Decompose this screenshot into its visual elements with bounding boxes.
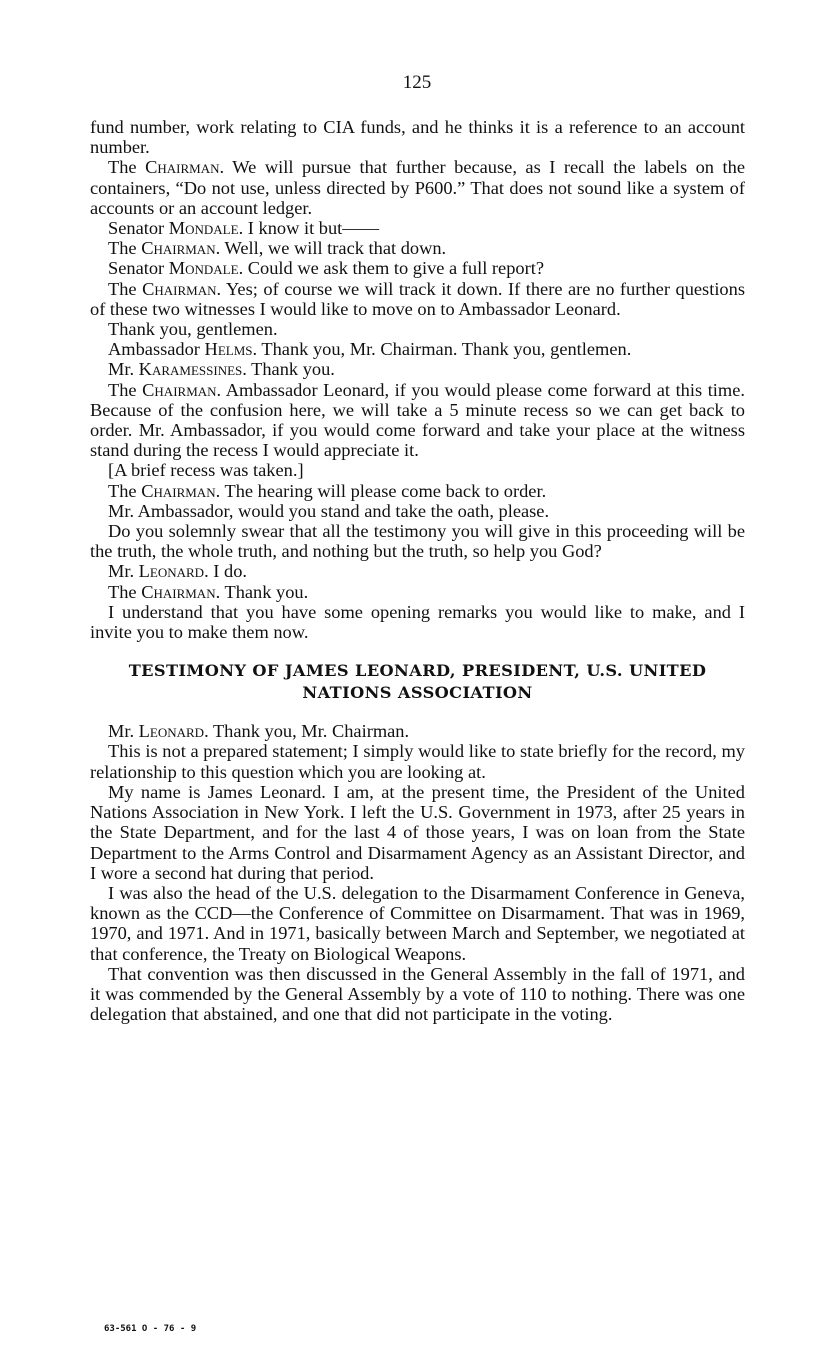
paragraph-text: . I know it but—— (239, 218, 379, 238)
paragraph: The Chairman. Thank you. (90, 582, 745, 602)
paragraphs-after: Mr. Leonard. Thank you, Mr. Chairman.Thi… (90, 721, 745, 1024)
paragraph: Mr. Leonard. I do. (90, 561, 745, 581)
paragraph-text: My name is James Leonard. I am, at the p… (90, 782, 745, 883)
paragraph: Mr. Ambassador, would you stand and take… (90, 501, 745, 521)
page-number: 125 (0, 72, 814, 94)
paragraph: The Chairman. Yes; of course we will tra… (90, 279, 745, 319)
paragraph: Senator Mondale. I know it but—— (90, 218, 745, 238)
paragraph: My name is James Leonard. I am, at the p… (90, 782, 745, 883)
paragraph-text: . Thank you, Mr. Chairman. Thank you, ge… (253, 339, 632, 359)
paragraph: I understand that you have some opening … (90, 602, 745, 642)
speaker-name: Karamessines (139, 359, 243, 379)
speaker-name: Leonard (139, 561, 204, 581)
paragraph-text: I understand that you have some opening … (90, 602, 745, 642)
paragraph: That convention was then discussed in th… (90, 964, 745, 1025)
paragraph: The Chairman. We will pursue that furthe… (90, 157, 745, 218)
paragraph: The Chairman. The hearing will please co… (90, 481, 745, 501)
paragraphs-before: fund number, work relating to CIA funds,… (90, 117, 745, 642)
footer-print-code: 63-561 O - 76 - 9 (104, 1324, 196, 1334)
paragraph-text: . Well, we will track that down. (216, 238, 447, 258)
paragraph-text: . Thank you. (242, 359, 335, 379)
paragraph: The Chairman. Well, we will track that d… (90, 238, 745, 258)
speaker-name: Leonard (139, 721, 204, 741)
speaker-name: Mondale (169, 218, 239, 238)
paragraph-text: Thank you, gentlemen. (108, 319, 278, 339)
paragraph-text: That convention was then discussed in th… (90, 964, 745, 1024)
document-body: fund number, work relating to CIA funds,… (90, 117, 745, 1024)
paragraph-text: Mr. Ambassador, would you stand and take… (108, 501, 549, 521)
paragraph-text: . The hearing will please come back to o… (216, 481, 547, 501)
paragraph: fund number, work relating to CIA funds,… (90, 117, 745, 157)
section-heading: TESTIMONY OF JAMES LEONARD, PRESIDENT, U… (110, 660, 725, 704)
paragraph-text: This is not a prepared statement; I simp… (90, 741, 745, 781)
paragraph-text: . Thank you. (216, 582, 309, 602)
paragraph: The Chairman. Ambassador Leonard, if you… (90, 380, 745, 461)
paragraph: This is not a prepared statement; I simp… (90, 741, 745, 781)
paragraph: Mr. Leonard. Thank you, Mr. Chairman. (90, 721, 745, 741)
paragraph-text: fund number, work relating to CIA funds,… (90, 117, 745, 157)
paragraph: Do you solemnly swear that all the testi… (90, 521, 745, 561)
paragraph: Mr. Karamessines. Thank you. (90, 359, 745, 379)
paragraph-text: . Thank you, Mr. Chairman. (204, 721, 409, 741)
paragraph-text: I was also the head of the U.S. delegati… (90, 883, 745, 964)
speaker-name: Mondale (169, 258, 239, 278)
speaker-name: Chairman (141, 481, 215, 501)
speaker-name: Chairman (142, 279, 216, 299)
paragraph: Thank you, gentlemen. (90, 319, 745, 339)
paragraph-text: . I do. (204, 561, 247, 581)
paragraph-text: Do you solemnly swear that all the testi… (90, 521, 745, 561)
paragraph: I was also the head of the U.S. delegati… (90, 883, 745, 964)
paragraph-text: . Could we ask them to give a full repor… (239, 258, 544, 278)
paragraph: Ambassador Helms. Thank you, Mr. Chairma… (90, 339, 745, 359)
speaker-name: Chairman (142, 380, 216, 400)
speaker-name: Chairman (141, 582, 215, 602)
speaker-name: Chairman (145, 157, 219, 177)
speaker-name: Helms (205, 339, 253, 359)
paragraph-text: [A brief recess was taken.] (108, 460, 304, 480)
paragraph: [A brief recess was taken.] (90, 460, 745, 480)
speaker-name: Chairman (141, 238, 215, 258)
paragraph: Senator Mondale. Could we ask them to gi… (90, 258, 745, 278)
